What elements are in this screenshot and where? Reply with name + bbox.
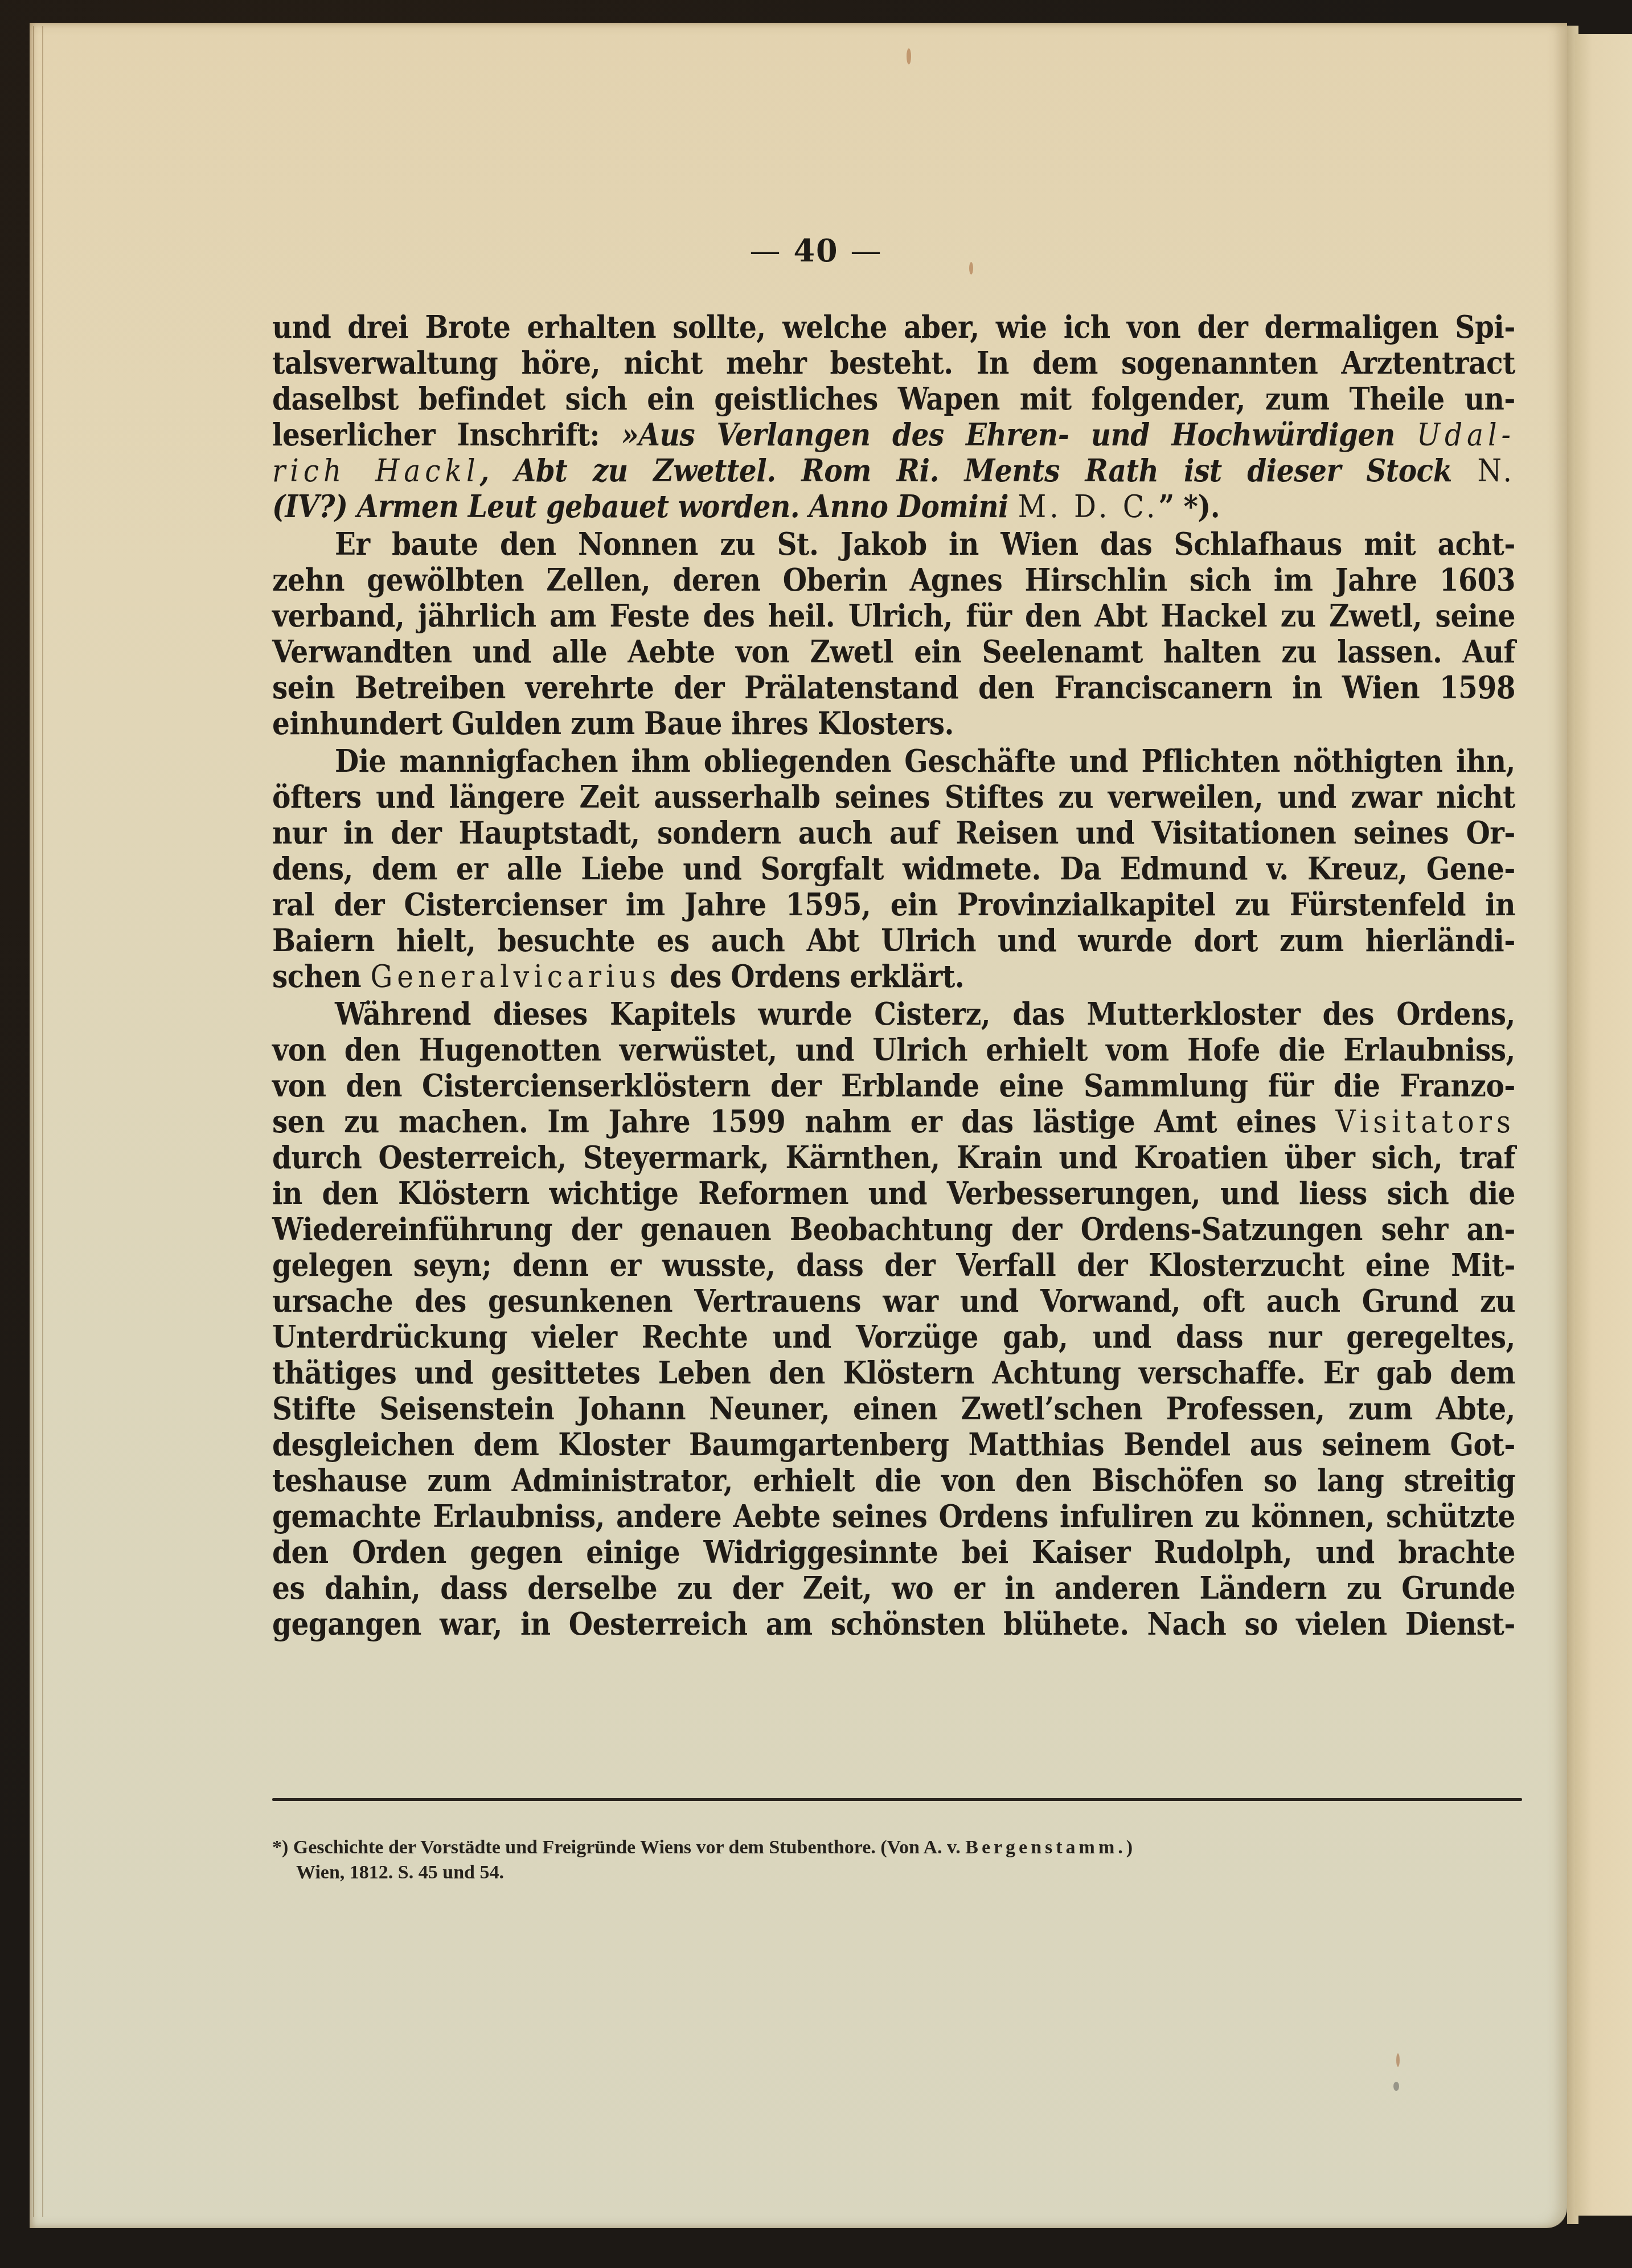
text-segment: desgleichen dem Kloster Baumgartenberg M… (272, 1426, 1515, 1463)
text-line-content: (IV?) Armen Leut gebauet worden. Anno Do… (272, 487, 1515, 526)
text-line-content: Die mannigfachen ihm obliegenden Geschäf… (335, 742, 1515, 780)
text-segment: »Aus Verlangen des Ehren- und Hochwürdig… (621, 416, 1417, 453)
text-segment: durch Oesterreich, Steyermark, Kärnthen,… (272, 1139, 1515, 1176)
text-line-content: öfters und längere Zeit ausserhalb seine… (272, 777, 1515, 816)
text-line: talsverwaltung höre, nicht mehr besteht.… (272, 343, 1515, 382)
text-segment: teshause zum Administrator, erhielt die … (272, 1462, 1515, 1499)
text-line: leserlicher Inschrift: »Aus Verlangen de… (272, 415, 1515, 454)
text-line: Baiern hielt, besuchte es auch Abt Ulric… (272, 921, 1515, 960)
text-line: verband, jährlich am Feste des heil. Ulr… (272, 596, 1515, 635)
text-line-content: gelegen seyn; denn er wusste, dass der V… (272, 1246, 1515, 1284)
text-line: zehn gewölbten Zellen, deren Oberin Agne… (272, 560, 1515, 599)
text-line: einhundert Gulden zum Baue ihres Kloster… (272, 704, 1515, 743)
text-line: sen zu machen. Im Jahre 1599 nahm er das… (272, 1102, 1515, 1141)
text-line-content: Er baute den Nonnen zu St. Jakob in Wien… (335, 525, 1515, 563)
text-segment: Visitators (1336, 1104, 1516, 1140)
text-line-content: rich Hackl, Abt zu Zwettel. Rom Ri. Ment… (272, 451, 1515, 490)
text-segment: Generalvicarius (370, 959, 660, 994)
text-line: gelegen seyn; denn er wusste, dass der V… (272, 1246, 1515, 1284)
text-line: (IV?) Armen Leut gebauet worden. Anno Do… (272, 487, 1515, 526)
text-line: und drei Brote erhalten sollte, welche a… (272, 308, 1515, 346)
text-line-content: es dahin, dass derselbe zu der Zeit, wo … (272, 1569, 1515, 1607)
text-line: desgleichen dem Kloster Baumgartenberg M… (272, 1425, 1515, 1464)
text-line: Unterdrückung vieler Rechte und Vorzüge … (272, 1317, 1515, 1356)
text-line-content: gemachte Erlaubniss, andere Aebte seines… (272, 1497, 1515, 1536)
text-line-content: zehn gewölbten Zellen, deren Oberin Agne… (272, 560, 1515, 599)
text-line-content: Während dieses Kapitels wurde Cisterz, d… (335, 994, 1515, 1033)
text-line-content: den Orden gegen einige Widriggesinnte be… (272, 1533, 1515, 1571)
text-line: gegangen war, in Oesterreich am schönste… (272, 1604, 1515, 1643)
text-segment: sen zu machen. Im Jahre 1599 nahm er das… (272, 1103, 1336, 1140)
text-line: von den Hugenotten verwüstet, und Ulrich… (272, 1030, 1515, 1069)
text-line-content: Verwandten und alle Aebte von Zwetl ein … (272, 632, 1515, 671)
text-line-content: leserlicher Inschrift: »Aus Verlangen de… (272, 415, 1515, 455)
text-segment: ral der Cistercienser im Jahre 1595, ein… (272, 886, 1515, 923)
text-segment: nur in der Hauptstadt, sondern auch auf … (272, 814, 1515, 851)
text-segment: sein Betreiben verehrte der Prälatenstan… (272, 669, 1515, 706)
text-segment: Wiedereinführung der genauen Beobachtung… (272, 1211, 1515, 1247)
text-line-content: teshause zum Administrator, erhielt die … (272, 1461, 1515, 1500)
text-segment: gemachte Erlaubniss, andere Aebte seines… (272, 1498, 1515, 1534)
text-line-content: Wiedereinführung der genauen Beobachtung… (272, 1210, 1515, 1248)
text-segment: N. (1478, 453, 1515, 489)
text-segment: Unterdrückung vieler Rechte und Vorzüge … (272, 1319, 1515, 1355)
text-segment: Stifte Seisenstein Johann Neuner, einen … (272, 1390, 1515, 1427)
footnote-marker: *) (272, 1837, 288, 1858)
text-line-content: desgleichen dem Kloster Baumgartenberg M… (272, 1425, 1515, 1464)
text-line: Die mannigfachen ihm obliegenden Geschäf… (272, 742, 1515, 780)
text-line: schen Generalvicarius des Ordens erklärt… (272, 957, 1515, 996)
text-segment: thätiges und gesittetes Leben den Klöste… (272, 1354, 1515, 1391)
text-segment: (IV?) Armen Leut gebauet worden. Anno Do… (272, 488, 1018, 525)
text-line-content: sen zu machen. Im Jahre 1599 nahm er das… (272, 1102, 1515, 1141)
text-line: teshause zum Administrator, erhielt die … (272, 1461, 1515, 1500)
text-line: durch Oesterreich, Steyermark, Kärnthen,… (272, 1138, 1515, 1177)
text-segment: Udal- (1417, 417, 1515, 453)
text-segment: ursache des gesunkenen Vertrauens war un… (272, 1283, 1515, 1319)
ink-spot (1393, 2082, 1399, 2091)
text-line: den Orden gegen einige Widriggesinnte be… (272, 1533, 1515, 1571)
text-segment: Die mannigfachen ihm obliegenden Geschäf… (335, 743, 1515, 779)
text-line-content: sein Betreiben verehrte der Prälatenstan… (272, 668, 1515, 707)
text-segment: von den Cistercienserklöstern der Erblan… (272, 1067, 1515, 1104)
text-segment: ” *). (1159, 488, 1220, 525)
text-segment: des Ordens erklärt. (661, 958, 964, 994)
footnote-line-1: *) Geschichte der Vorstädte und Freigrün… (272, 1835, 1515, 1860)
text-line: nur in der Hauptstadt, sondern auch auf … (272, 813, 1515, 852)
text-segment: talsverwaltung höre, nicht mehr besteht.… (272, 345, 1515, 381)
folio-dash-right: — (850, 233, 882, 269)
text-segment: öfters und längere Zeit ausserhalb seine… (272, 779, 1515, 815)
footnote-citation: Geschichte der Vorstädte und Freigründe … (293, 1837, 965, 1858)
text-segment: gegangen war, in Oesterreich am schönste… (272, 1606, 1515, 1642)
text-line-content: in den Klöstern wichtige Reformen und Ve… (272, 1174, 1515, 1213)
text-line-content: daselbst befindet sich ein geistliches W… (272, 379, 1515, 418)
text-line-content: thätiges und gesittetes Leben den Klöste… (272, 1353, 1515, 1392)
text-line: von den Cistercienserklöstern der Erblan… (272, 1066, 1515, 1105)
text-segment: rich Hackl (272, 453, 479, 489)
text-segment: zehn gewölbten Zellen, deren Oberin Agne… (272, 562, 1515, 598)
text-line-content: verband, jährlich am Feste des heil. Ulr… (272, 596, 1515, 635)
folio-number: 40 (793, 232, 838, 269)
text-segment: daselbst befindet sich ein geistliches W… (272, 380, 1515, 417)
text-line: öfters und längere Zeit ausserhalb seine… (272, 777, 1515, 816)
text-segment: einhundert Gulden zum Baue ihres Kloster… (272, 705, 954, 742)
text-line: daselbst befindet sich ein geistliches W… (272, 379, 1515, 418)
text-segment: leserlicher Inschrift: (272, 416, 621, 453)
text-line-content: einhundert Gulden zum Baue ihres Kloster… (272, 704, 1515, 743)
footnote: *) Geschichte der Vorstädte und Freigrün… (272, 1835, 1515, 1885)
text-line: Wiedereinführung der genauen Beobachtung… (272, 1210, 1515, 1248)
text-line-content: und drei Brote erhalten sollte, welche a… (272, 308, 1515, 346)
footnote-line-2: Wien, 1812. S. 45 und 54. (272, 1860, 1515, 1885)
text-line-content: dens, dem er alle Liebe und Sorgfalt wid… (272, 849, 1515, 888)
text-segment: Während dieses Kapitels wurde Cisterz, d… (335, 996, 1515, 1032)
footnote-rule (272, 1798, 1522, 1801)
text-line: Er baute den Nonnen zu St. Jakob in Wien… (272, 525, 1515, 563)
text-segment: von den Hugenotten verwüstet, und Ulrich… (272, 1031, 1515, 1068)
text-line: Während dieses Kapitels wurde Cisterz, d… (272, 994, 1515, 1033)
foxing-spot (1396, 2053, 1400, 2067)
text-line-content: Stifte Seisenstein Johann Neuner, einen … (272, 1389, 1515, 1428)
page-number: — 40 — (0, 232, 1632, 269)
text-segment: schen (272, 958, 370, 994)
text-line: es dahin, dass derselbe zu der Zeit, wo … (272, 1569, 1515, 1607)
text-line: sein Betreiben verehrte der Prälatenstan… (272, 668, 1515, 707)
text-segment: Baiern hielt, besuchte es auch Abt Ulric… (272, 922, 1515, 959)
text-line: ral der Cistercienser im Jahre 1595, ein… (272, 885, 1515, 924)
text-segment: dens, dem er alle Liebe und Sorgfalt wid… (272, 850, 1515, 887)
text-line-content: von den Hugenotten verwüstet, und Ulrich… (272, 1030, 1515, 1069)
text-line: thätiges und gesittetes Leben den Klöste… (272, 1353, 1515, 1392)
text-segment: in den Klöstern wichtige Reformen und Ve… (272, 1175, 1515, 1211)
text-segment: verband, jährlich am Feste des heil. Ulr… (272, 597, 1515, 634)
text-line-content: ursache des gesunkenen Vertrauens war un… (272, 1282, 1515, 1320)
text-line: dens, dem er alle Liebe und Sorgfalt wid… (272, 849, 1515, 888)
text-segment: M. D. C. (1018, 489, 1158, 525)
next-page-sliver (1575, 34, 1632, 2216)
text-segment: Verwandten und alle Aebte von Zwetl ein … (272, 633, 1515, 670)
text-line-content: Unterdrückung vieler Rechte und Vorzüge … (272, 1317, 1515, 1356)
text-line-content: schen Generalvicarius des Ordens erklärt… (272, 957, 1515, 996)
text-line-content: von den Cistercienserklöstern der Erblan… (272, 1066, 1515, 1105)
text-line-content: gegangen war, in Oesterreich am schönste… (272, 1604, 1515, 1643)
footnote-close-paren: ) (1126, 1837, 1133, 1858)
text-line-content: Baiern hielt, besuchte es auch Abt Ulric… (272, 921, 1515, 960)
text-line-content: ral der Cistercienser im Jahre 1595, ein… (272, 885, 1515, 924)
text-segment: es dahin, dass derselbe zu der Zeit, wo … (272, 1570, 1515, 1606)
text-line: Verwandten und alle Aebte von Zwetl ein … (272, 632, 1515, 671)
text-segment: und drei Brote erhalten sollte, welche a… (272, 309, 1515, 345)
text-segment: gelegen seyn; denn er wusste, dass der V… (272, 1247, 1515, 1283)
text-line-content: talsverwaltung höre, nicht mehr besteht.… (272, 343, 1515, 382)
folio-dash-left: — (750, 233, 782, 269)
text-line: gemachte Erlaubniss, andere Aebte seines… (272, 1497, 1515, 1536)
foxing-spot (907, 48, 911, 64)
text-segment: , Abt zu Zwettel. Rom Ri. Ments Rath ist… (479, 452, 1477, 489)
text-line: ursache des gesunkenen Vertrauens war un… (272, 1282, 1515, 1320)
text-line-content: nur in der Hauptstadt, sondern auch auf … (272, 813, 1515, 852)
footnote-author: Bergenstamm. (965, 1837, 1126, 1858)
text-line: in den Klöstern wichtige Reformen und Ve… (272, 1174, 1515, 1213)
text-line-content: durch Oesterreich, Steyermark, Kärnthen,… (272, 1138, 1515, 1177)
text-line: rich Hackl, Abt zu Zwettel. Rom Ri. Ment… (272, 451, 1515, 490)
text-segment: Er baute den Nonnen zu St. Jakob in Wien… (335, 526, 1515, 562)
text-line: Stifte Seisenstein Johann Neuner, einen … (272, 1389, 1515, 1428)
text-segment: den Orden gegen einige Widriggesinnte be… (272, 1534, 1515, 1570)
